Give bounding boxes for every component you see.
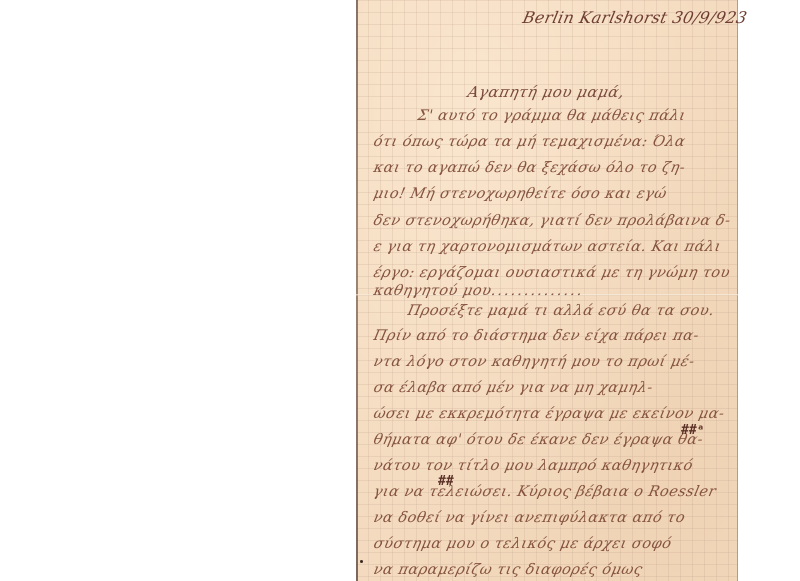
letter-line: νάτου τον τίτλο μου λαμπρό καθηγητικό [372,458,735,474]
letter-dateline: Berlin Karlshorst 30/9/923 [521,8,749,27]
letter-line: ντα λόγο στον καθηγητή μου το πρωί μέ- [372,354,735,370]
page-left-edge [356,0,358,581]
letter-page: Berlin Karlshorst 30/9/923 Αγαπητή μου μ… [356,0,738,581]
ink-scribble: ##ᵃ [681,423,704,438]
letter-line: Πρίν από το διάστημα δεν είχα πάρει πα- [372,328,735,344]
letter-line: Προσέξτε μαμά τι αλλά εσύ θα τα σου. [406,303,769,319]
ink-speck [360,560,363,563]
letter-salutation: Αγαπητή μου μαμά, [466,83,626,101]
letter-line: και το αγαπώ δεν θα ξεχάσω όλο το ζη- [372,160,735,176]
letter-line: να παραμερίζω τις διαφορές όμως [372,562,735,578]
letter-line: έργο: εργάζομαι ουσιαστικά με τη γνώμη τ… [372,265,735,281]
letter-line: ε για τη χαρτονομισμάτων αστεία. Και πάλ… [372,239,735,255]
dotted-leader: .............. [490,283,586,299]
letter-line: ότι όπως τώρα τα μή τεμαχισμένα: Όλα [372,134,735,150]
letter-line: σύστημα μου ο τελικός με άρχει σοφό [372,536,735,552]
letter-line: να δοθεί να γίνει ανεπιφύλακτα από το [372,510,735,526]
letter-line: σα έλαβα από μέν για να μη χαμηλ- [372,380,735,396]
letter-line: ώσει με εκκρεμότητα έγραψα με εκείνον μα… [372,406,735,422]
letter-line: Σ' αυτό το γράμμα θα μάθεις πάλι [416,108,779,124]
letter-line: καθηγητού μου.............. [372,283,586,299]
letter-line: μιο! Μή στενοχωρηθείτε όσο και εγώ [372,186,735,202]
letter-line: για να τελειώσει. Κύριος βέβαια ο Roessl… [372,484,735,500]
letter-line-text: καθηγητού μου [372,283,493,299]
ink-scribble: ## [438,474,454,489]
letter-line: δεν στενοχωρήθηκα, γιατί δεν προλάβαινα … [372,213,735,229]
